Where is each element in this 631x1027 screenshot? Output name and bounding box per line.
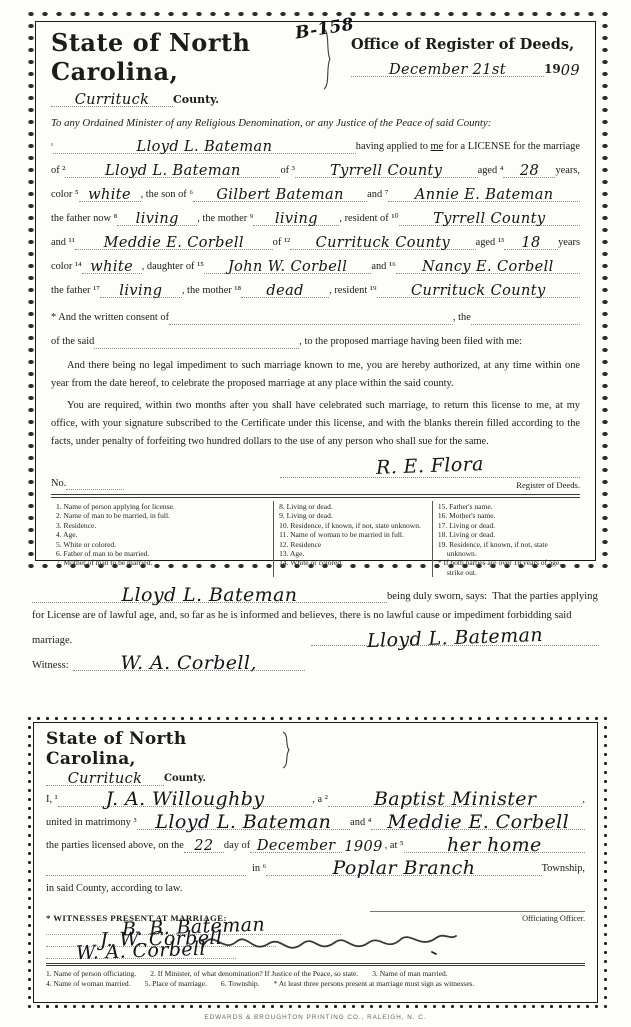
state-title: State of North Carolina,: [46, 729, 281, 769]
township-label: Township,: [542, 862, 585, 876]
date-place-line: the parties licensed above, on the 22 da…: [46, 838, 585, 853]
authorization-paragraph: And there being no legal impediment to s…: [51, 357, 580, 393]
footnote-column-2: 8. Living or dead. 9. Living or dead. 10…: [273, 501, 432, 577]
groom-residence-field: Tyrrell County: [295, 163, 478, 178]
register-of-deeds-label: Register of Deeds.: [280, 480, 580, 490]
place-field: her home: [404, 838, 585, 853]
deponent-value: Lloyd L. Bateman: [122, 588, 298, 602]
consent-label: * And the written consent of: [51, 311, 169, 325]
place-value: her home: [447, 838, 542, 852]
groom-residence-value: Tyrrell County: [330, 166, 442, 177]
year-prefix: 19: [544, 63, 561, 77]
year-value: 09: [561, 66, 580, 77]
date-field: December 21st: [351, 62, 544, 77]
groom-parents-residence-value: Tyrrell County: [433, 214, 545, 225]
day-of-label: day of: [224, 839, 250, 853]
officiant-value: J. A. Willoughby: [106, 792, 265, 806]
consent-line-1: * And the written consent of , the: [51, 310, 580, 325]
groom-father-status-value: living: [136, 214, 179, 225]
marriage-label: marriage.: [32, 635, 72, 646]
consent-line-2: of the said , to the proposed marriage h…: [51, 334, 580, 349]
groom-father-value: Gilbert Bateman: [216, 190, 344, 201]
township-value: Poplar Branch: [333, 861, 476, 875]
consent-said-field: [94, 334, 299, 349]
father-now-label: the father now ⁸: [51, 212, 117, 226]
and-label: and ¹⁶: [371, 260, 395, 274]
of-label: of ²: [51, 164, 65, 178]
county-value: Currituck: [75, 95, 150, 106]
certificate-header: State of North Carolina, Currituck Count…: [46, 729, 585, 786]
denomination-field: Baptist Minister: [328, 792, 583, 807]
certificate-document: State of North Carolina, Currituck Count…: [23, 712, 608, 1013]
bride-mother-status-field: dead: [241, 283, 329, 298]
united-label: united in matrimony ³: [46, 816, 137, 830]
license-footnotes: 1. Name of person applying for license. …: [51, 501, 580, 577]
groom-mother-status-value: living: [275, 214, 318, 225]
footnote-column-3: 15. Father's name. 16. Mother's name. 17…: [432, 501, 580, 577]
bride-father-field: John W. Corbell: [204, 259, 372, 274]
groom-age-value: 28: [520, 166, 539, 177]
bride-mother-value: Nancy E. Corbell: [422, 262, 554, 273]
book-number: B-158: [295, 19, 355, 39]
township-line: in ⁶ Poplar Branch Township,: [46, 861, 585, 876]
applicant-signature-field: Lloyd L. Bateman: [311, 631, 599, 646]
no-label: No.: [51, 478, 66, 490]
license-document: State of North Carolina, Currituck Count…: [20, 6, 611, 576]
register-signature: R. E. Flora: [376, 457, 484, 475]
office-title: Office of Register of Deeds,: [351, 36, 580, 53]
printer-imprint: EDWARDS & BROUGHTON PRINTING CO., RALEIG…: [0, 1014, 631, 1021]
day-field: 22: [184, 838, 224, 853]
county-label: County.: [173, 93, 219, 107]
deponent-line: Lloyd L. Bateman being duly sworn, says:…: [32, 588, 599, 603]
blank-leader: [46, 861, 246, 876]
groom-parents-residence-field: Tyrrell County: [399, 211, 580, 226]
united-line: united in matrimony ³ Lloyd L. Bateman a…: [46, 815, 585, 830]
license-number-field: [66, 475, 124, 490]
daughter-of-label: , daughter of ¹⁵: [142, 260, 204, 274]
groom-age-field: 28: [503, 163, 555, 178]
groom-value: Lloyd L. Bateman: [155, 815, 331, 829]
certificate-footnotes-row-1: 1. Name of person officiating. 2. If Min…: [46, 969, 585, 979]
mother-label: , the mother ⁹: [197, 212, 253, 226]
witness-signature-3: W. A. Corbell: [46, 944, 585, 959]
witness-field: W. A. Corbell,: [73, 656, 305, 671]
bride-line: and ¹¹ Meddie E. Corbell of ¹² Currituck…: [51, 235, 580, 250]
at-label: , at ⁵: [385, 839, 404, 853]
officiant-field: J. A. Willoughby: [58, 792, 313, 807]
witness-3-value: W. A. Corbell: [76, 942, 206, 961]
of-label: of ¹²: [273, 236, 290, 250]
groom-parents-line: color ⁵ white , the son of ⁶ Gilbert Bat…: [51, 187, 580, 202]
bride-father-status-value: living: [119, 286, 162, 297]
register-signature-field: R. E. Flora: [280, 459, 580, 478]
county-label: County.: [164, 772, 206, 786]
and-label: and ¹¹: [51, 236, 75, 250]
bride-parents-status-line: the father ¹⁷ living , the mother ¹⁸ dea…: [51, 283, 580, 298]
bride-value: Meddie E. Corbell: [387, 815, 569, 829]
years-label: years,: [555, 164, 580, 178]
mother-label: , the mother ¹⁸: [182, 284, 241, 298]
and-label: and ⁴: [350, 816, 371, 830]
officer-signature-field: [370, 900, 585, 912]
son-of-label: , the son of ⁶: [141, 188, 193, 202]
groom-line: of ² Lloyd L. Bateman of ³ Tyrrell Count…: [51, 163, 580, 178]
groom-field: Lloyd L. Bateman: [137, 815, 351, 830]
month-field: December: [250, 838, 342, 853]
bride-father-value: John W. Corbell: [228, 262, 347, 273]
footnote-column-1: 1. Name of person applying for license. …: [51, 501, 273, 577]
bride-residence-field: Currituck County: [290, 235, 475, 250]
the-label: , the: [453, 311, 471, 325]
bride-mother-field: Nancy E. Corbell: [396, 259, 580, 274]
color-label: color ¹⁴: [51, 260, 82, 274]
parties-label: the parties licensed above, on the: [46, 839, 184, 853]
bride-age-value: 18: [521, 238, 540, 249]
groom-father-field: Gilbert Bateman: [193, 187, 367, 202]
bride-field: Meddie E. Corbell: [371, 815, 585, 830]
comma-label: ,: [582, 793, 585, 807]
bride-age-field: 18: [504, 235, 558, 250]
resident-of-label: , resident of ¹⁰: [339, 212, 398, 226]
bride-parents-line: color ¹⁴ white , daughter of ¹⁵ John W. …: [51, 259, 580, 274]
aged-label: aged ¹³: [476, 236, 504, 250]
groom-parents-status-line: the father now ⁸ living , the mother ⁹ l…: [51, 211, 580, 226]
a-label: , a ²: [312, 793, 328, 807]
number-signature-row: No. R. E. Flora Register of Deeds.: [51, 459, 580, 490]
groom-name-value: Lloyd L. Bateman: [105, 166, 241, 177]
sworn-label: being duly sworn, says: That the parties…: [387, 591, 598, 603]
affidavit-section: Lloyd L. Bateman being duly sworn, says:…: [32, 588, 599, 708]
in-label: in ⁶: [252, 862, 266, 876]
bride-name-field: Meddie E. Corbell: [75, 235, 273, 250]
marriage-license-scan: { "page": { "printer_imprint": "EDWARDS …: [0, 0, 631, 1027]
county-field: Currituck: [51, 92, 173, 107]
brace-icon: [281, 731, 291, 769]
and-label: and ⁷: [367, 188, 388, 202]
divider-rule: [51, 494, 580, 498]
license-header: State of North Carolina, Currituck Count…: [51, 28, 580, 107]
deponent-field: Lloyd L. Bateman: [32, 588, 387, 603]
applicant-line: ¹ Lloyd L. Bateman having applied to me …: [51, 139, 580, 154]
bride-color-field: white: [82, 259, 142, 274]
day-value: 22: [194, 841, 213, 852]
applied-me: me: [431, 140, 444, 154]
date-value: December 21st: [389, 65, 506, 76]
bride-parents-residence-field: Currituck County: [377, 283, 580, 298]
bride-father-status-field: living: [100, 283, 182, 298]
state-title: State of North Carolina,: [51, 28, 303, 86]
resident-label: , resident ¹⁹: [329, 284, 376, 298]
bride-name-value: Meddie E. Corbell: [104, 238, 244, 249]
witness-value: W. A. Corbell,: [120, 656, 256, 670]
year-value: 1909: [344, 842, 383, 853]
county-value: Currituck: [68, 774, 143, 785]
township-field: Poplar Branch: [266, 861, 541, 876]
bride-mother-status-value: dead: [266, 286, 303, 297]
county-field: Currituck: [46, 771, 164, 786]
groom-mother-value: Annie E. Bateman: [415, 190, 554, 201]
applicant-value: Lloyd L. Bateman: [137, 142, 273, 153]
applicant-field: Lloyd L. Bateman: [53, 139, 356, 154]
groom-color-value: white: [88, 190, 131, 201]
denomination-value: Baptist Minister: [374, 792, 537, 806]
month-value: December: [257, 841, 336, 852]
groom-color-field: white: [79, 187, 141, 202]
certificate-footnotes-row-2: 4. Name of woman married. 5. Place of ma…: [46, 979, 585, 989]
groom-mother-status-field: living: [253, 211, 339, 226]
officiant-line: I, ¹ J. A. Willoughby , a ² Baptist Mini…: [46, 792, 585, 807]
groom-father-status-field: living: [117, 211, 197, 226]
i-label: I, ¹: [46, 793, 58, 807]
bride-color-value: white: [90, 262, 133, 273]
witness-label: Witness:: [32, 660, 69, 671]
applicant-signature: Lloyd L. Bateman: [367, 628, 543, 648]
consent-filed-label: , to the proposed marriage having been f…: [299, 335, 522, 349]
consent-relation-field: [471, 310, 580, 325]
return-paragraph: You are required, within two months afte…: [51, 397, 580, 451]
aged-label: aged ⁴: [478, 164, 504, 178]
salutation: To any Ordained Minister of any Religiou…: [51, 117, 580, 129]
consent-name-field: [169, 310, 453, 325]
applied-text2: for a LICENSE for the marriage: [443, 140, 580, 154]
father-label: the father ¹⁷: [51, 284, 100, 298]
groom-name-field: Lloyd L. Bateman: [65, 163, 280, 178]
of-label: of ³: [280, 164, 294, 178]
bride-parents-residence-value: Currituck County: [411, 286, 546, 297]
witness-row: Witness: W. A. Corbell,: [32, 656, 599, 671]
bride-residence-value: Currituck County: [316, 238, 451, 249]
applied-text: having applied to: [356, 140, 431, 154]
color-label: color ⁵: [51, 188, 79, 202]
years-label: years: [558, 236, 580, 250]
closing-line: in said County, according to law.: [46, 883, 585, 894]
affidavit-signature-row: marriage. Lloyd L. Bateman: [32, 631, 599, 646]
of-said-label: of the said: [51, 335, 94, 349]
groom-mother-field: Annie E. Bateman: [388, 187, 580, 202]
divider-rule: [46, 963, 585, 966]
